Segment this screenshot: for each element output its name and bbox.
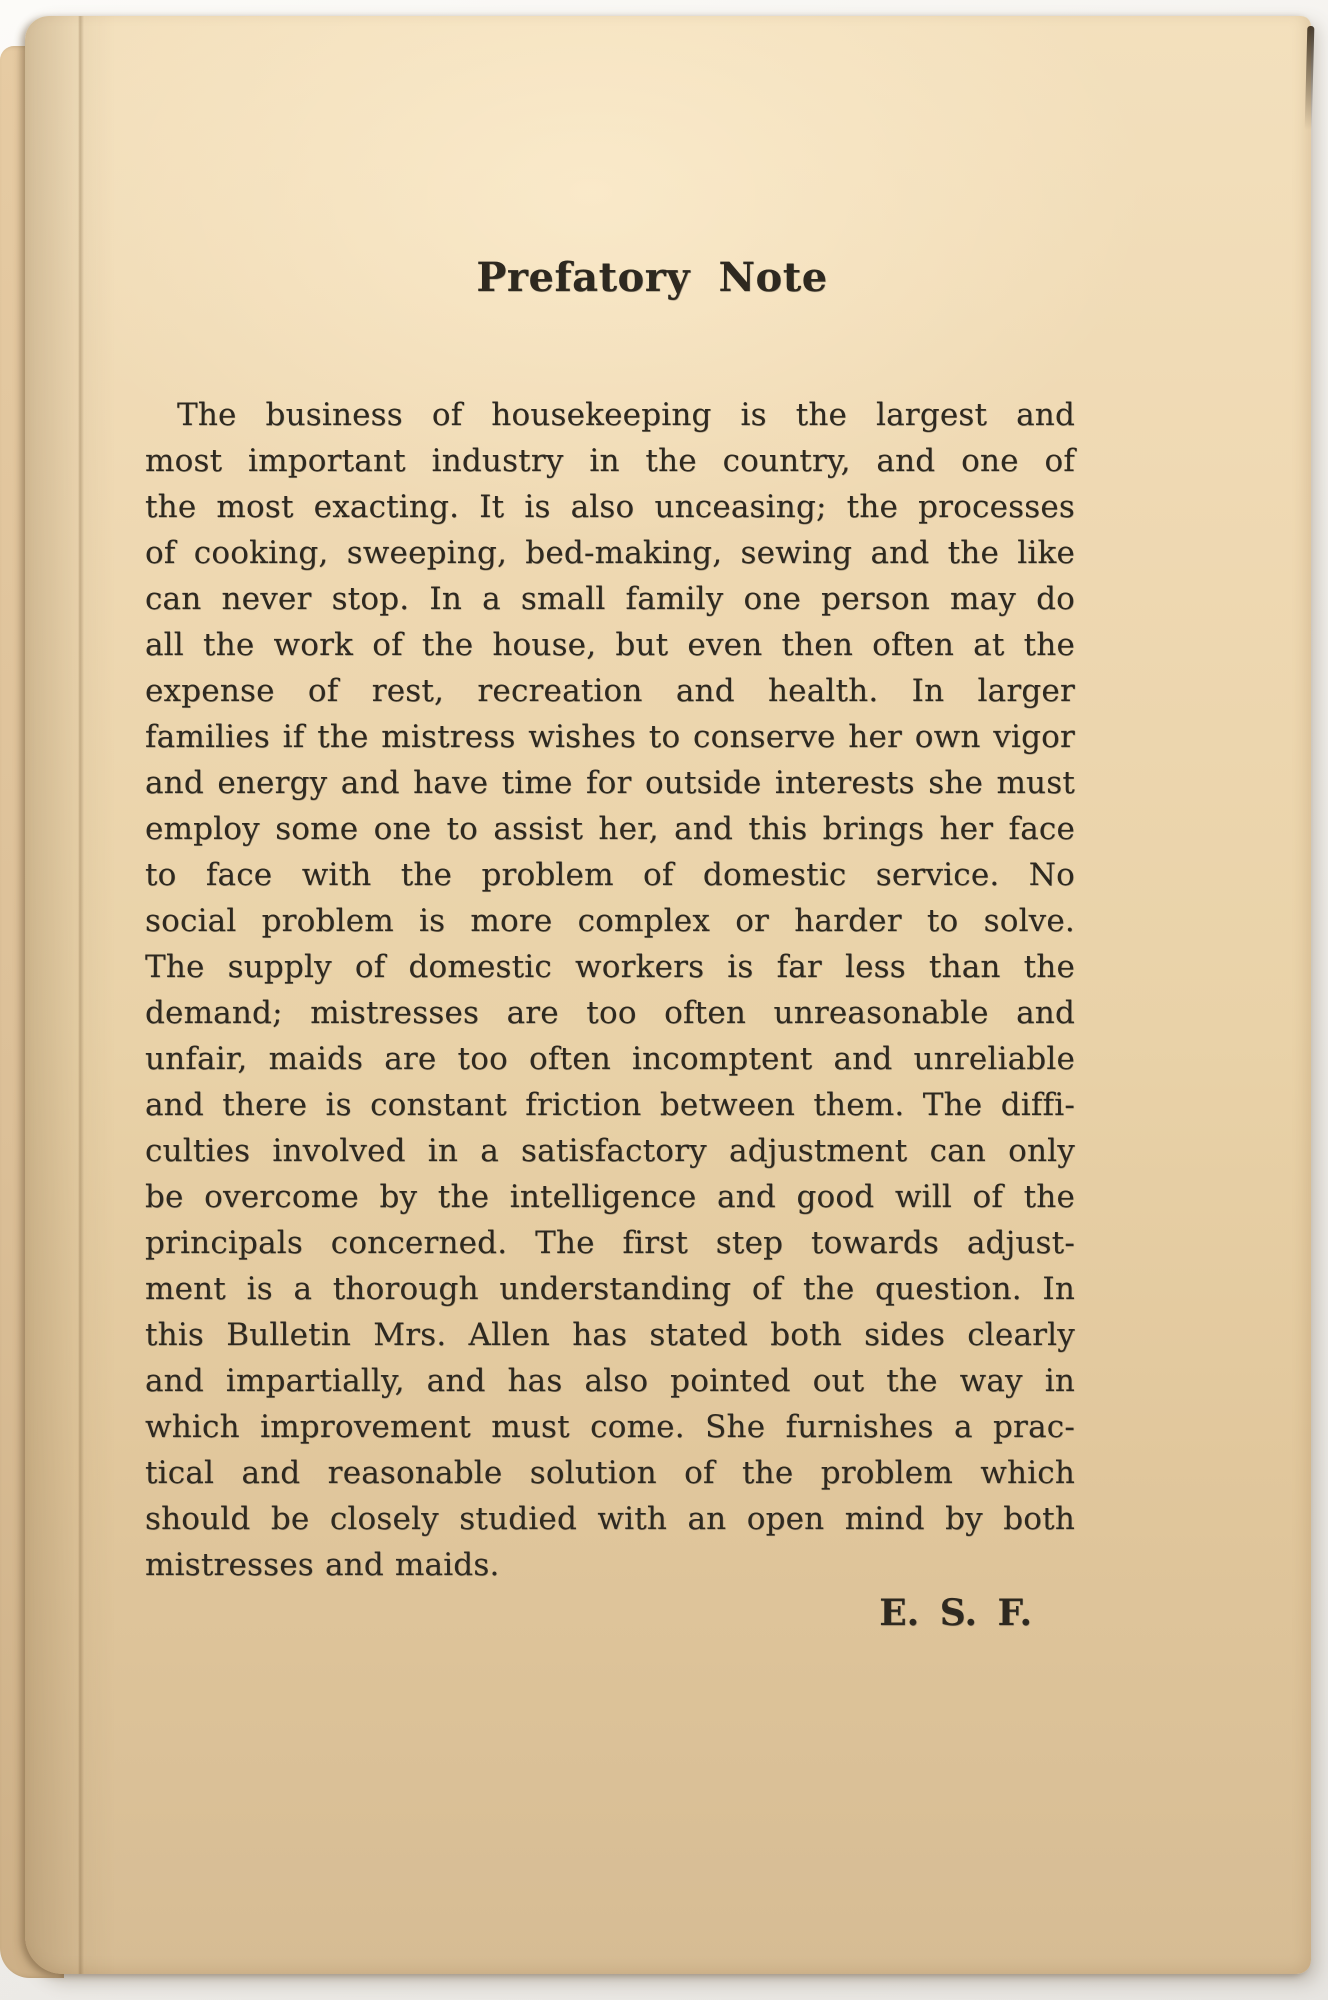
text-line: expense of rest, recreation and health. … <box>145 668 1075 714</box>
text-line: culties involved in a satisfactory adjus… <box>145 1128 1075 1174</box>
text-line: of cooking, sweeping, bed-making, sewing… <box>145 530 1075 576</box>
text-line: can never stop. In a small family one pe… <box>145 576 1075 622</box>
text-line: unfair, maids are too often incomptent a… <box>145 1036 1075 1082</box>
text-line: which improvement must come. She furnish… <box>145 1404 1075 1450</box>
text-line: and energy and have time for outside int… <box>145 760 1075 806</box>
text-line: be overcome by the intelligence and good… <box>145 1174 1075 1220</box>
text-line: The supply of domestic workers is far le… <box>145 944 1075 990</box>
text-line: The business of housekeeping is the larg… <box>145 392 1075 438</box>
body-paragraph: The business of housekeeping is the larg… <box>145 392 1075 1588</box>
page-heading: Prefatory Note <box>145 254 1117 301</box>
text-line: demand; mistresses are too often unreaso… <box>145 990 1075 1036</box>
text-line: social problem is more complex or harder… <box>145 898 1075 944</box>
text-line: and there is constant friction between t… <box>145 1082 1075 1128</box>
text-line: and impartially, and has also pointed ou… <box>145 1358 1075 1404</box>
gutter-shadow <box>25 16 115 1974</box>
text-line: mistresses and maids. <box>145 1542 1075 1588</box>
spine-edge-mark <box>1305 26 1315 130</box>
text-line: most important industry in the country, … <box>145 438 1075 484</box>
text-line: all the work of the house, but even then… <box>145 622 1075 668</box>
text-line: this Bulletin Mrs. Allen has stated both… <box>145 1312 1075 1358</box>
book-page: Prefatory Note The business of housekeep… <box>25 16 1311 1974</box>
photo-backdrop: Prefatory Note The business of housekeep… <box>0 0 1328 2000</box>
signature-initials: E. S. F. <box>145 1592 1075 1634</box>
text-line: principals concerned. The first step tow… <box>145 1220 1075 1266</box>
text-line: families if the mistress wishes to conse… <box>145 714 1075 760</box>
text-line: the most exacting. It is also unceasing;… <box>145 484 1075 530</box>
text-line: tical and reasonable solution of the pro… <box>145 1450 1075 1496</box>
text-line: to face with the problem of domestic ser… <box>145 852 1075 898</box>
text-line: ment is a thorough understanding of the … <box>145 1266 1075 1312</box>
text-line: should be closely studied with an open m… <box>145 1496 1075 1542</box>
text-line: employ some one to assist her, and this … <box>145 806 1075 852</box>
